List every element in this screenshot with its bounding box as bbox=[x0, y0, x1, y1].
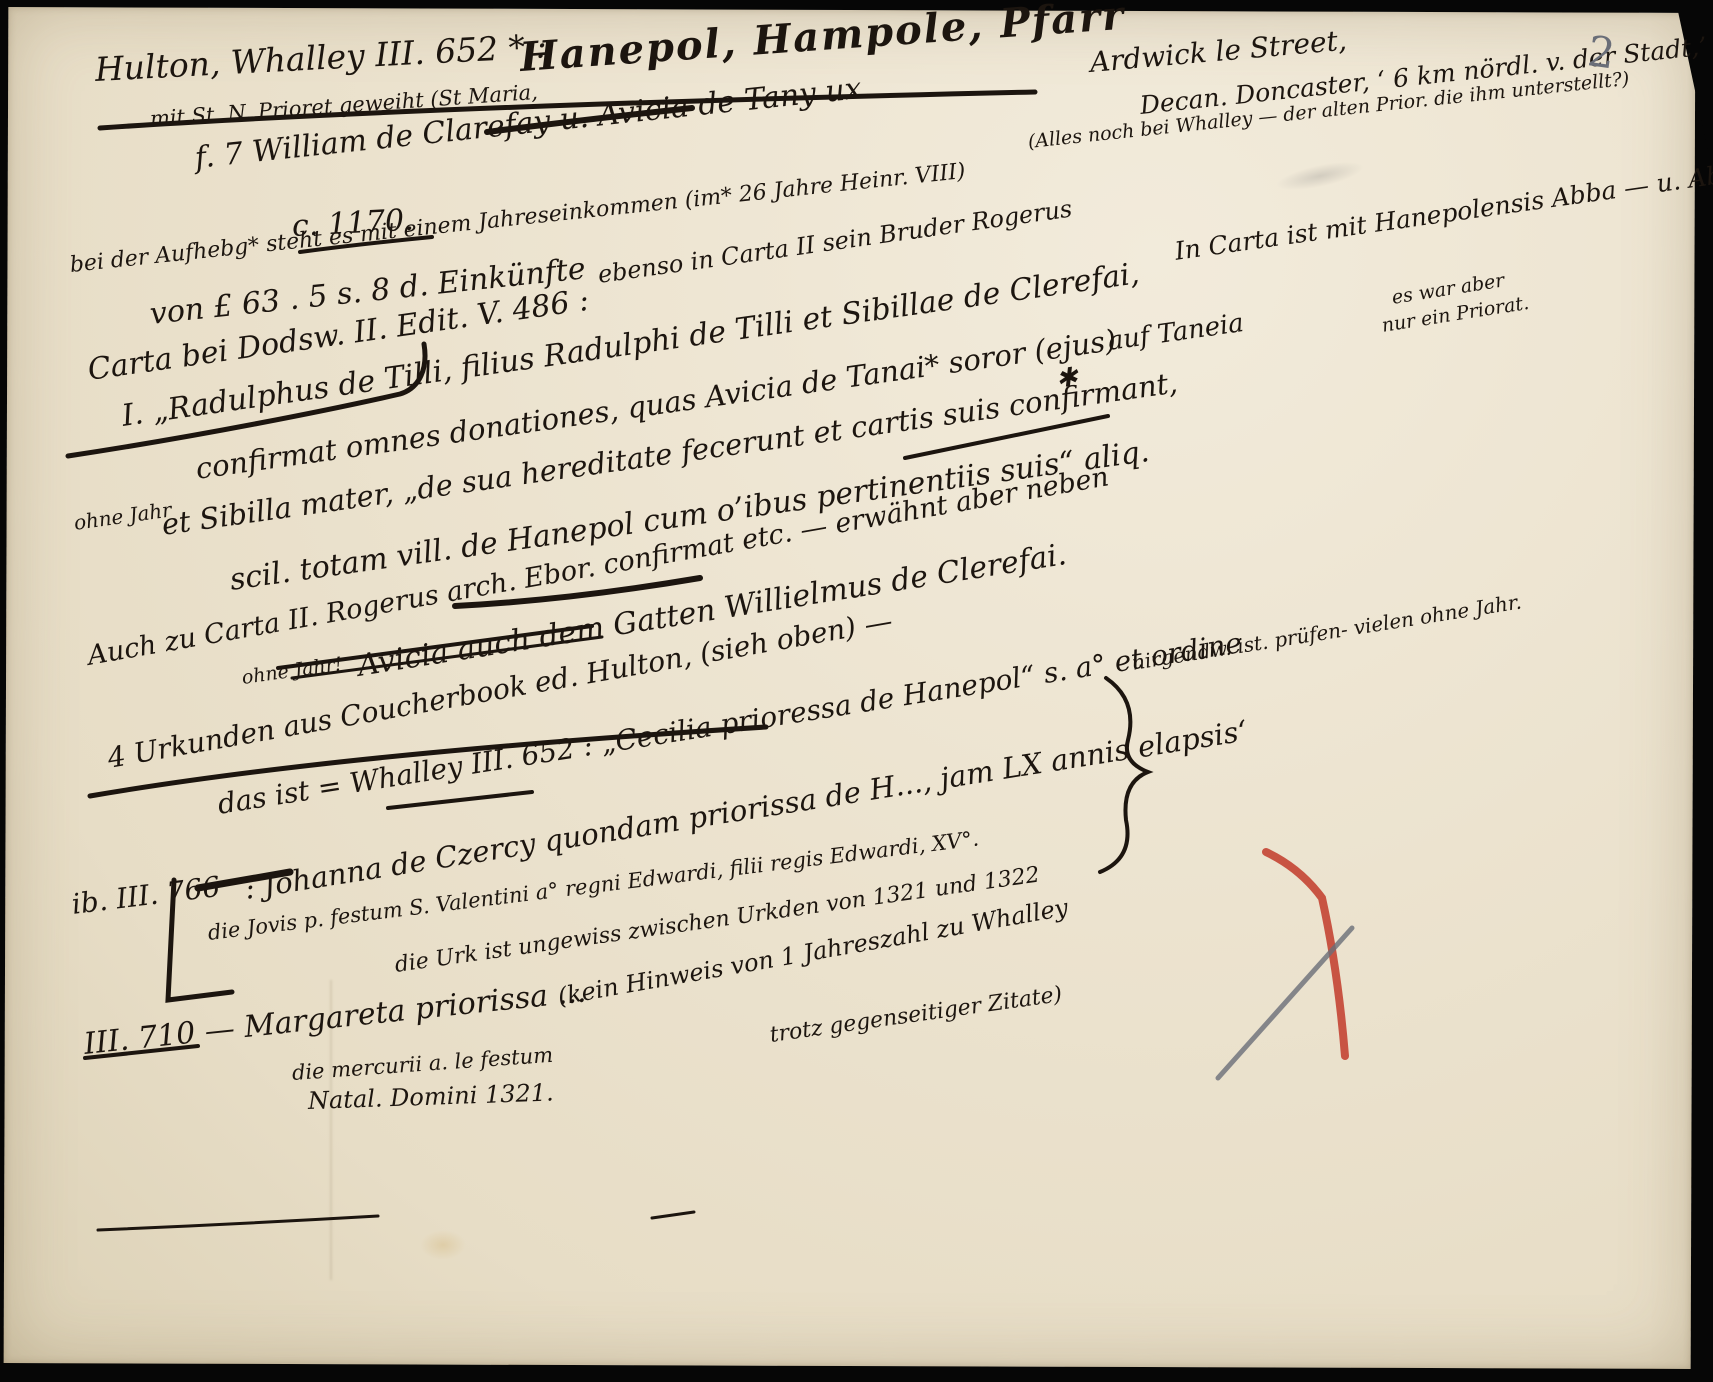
note-star-mark: ✱ bbox=[1054, 363, 1080, 394]
scanned-note-card: Hulton, Whalley III. 652 * : Hanepol, Ha… bbox=[0, 0, 1713, 1382]
paper-stain bbox=[420, 1230, 466, 1260]
